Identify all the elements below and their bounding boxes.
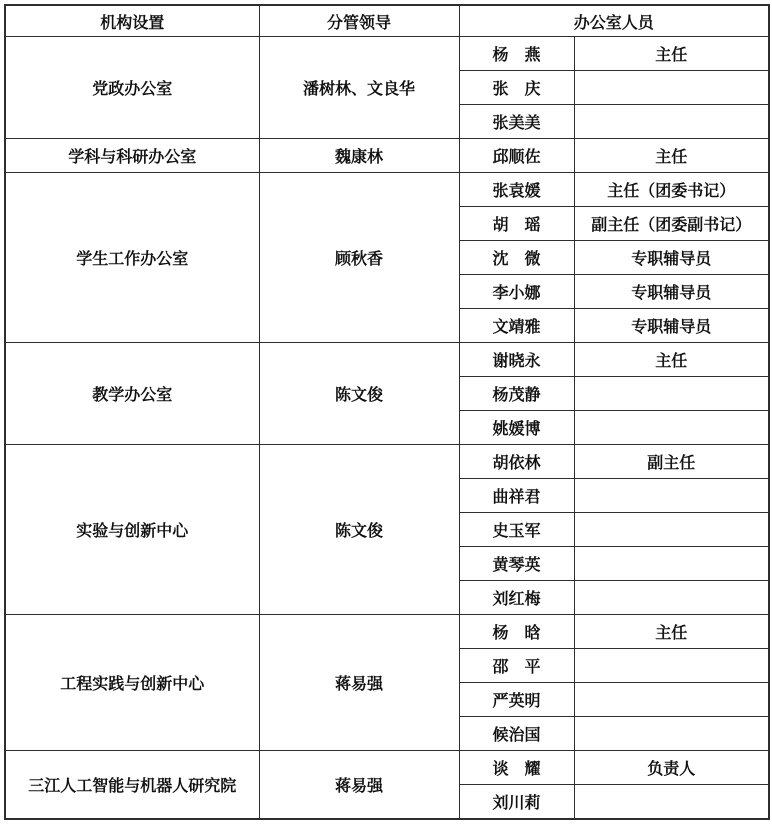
staff-title-cell <box>574 683 769 717</box>
leader-cell: 顾秋香 <box>259 173 459 343</box>
org-structure-table: 机构设置 分管领导 办公室人员 党政办公室潘树林、文良华杨 燕主任张 庆张美美学… <box>4 4 770 820</box>
staff-name-cell: 胡依林 <box>459 445 574 479</box>
staff-name-cell: 候治国 <box>459 717 574 751</box>
staff-name-cell: 李小娜 <box>459 275 574 309</box>
table-row: 工程实践与创新中心蒋易强杨 晗主任 <box>5 615 769 649</box>
staff-title-cell <box>574 411 769 445</box>
staff-title-cell: 主任（团委书记） <box>574 173 769 207</box>
staff-title-cell <box>574 479 769 513</box>
leader-cell: 蒋易强 <box>259 751 459 820</box>
table-row: 实验与创新中心陈文俊胡依林副主任 <box>5 445 769 479</box>
staff-name-cell: 张美美 <box>459 105 574 139</box>
staff-title-cell <box>574 717 769 751</box>
org-cell: 实验与创新中心 <box>5 445 259 615</box>
staff-name-cell: 姚媛博 <box>459 411 574 445</box>
staff-name-cell: 严英明 <box>459 683 574 717</box>
table-row: 学科与科研办公室魏康林邱顺佐主任 <box>5 139 769 173</box>
leader-cell: 魏康林 <box>259 139 459 173</box>
staff-title-cell <box>574 71 769 105</box>
staff-name-cell: 胡 瑶 <box>459 207 574 241</box>
table-row: 党政办公室潘树林、文良华杨 燕主任 <box>5 37 769 71</box>
staff-title-cell: 主任 <box>574 343 769 377</box>
org-cell: 学生工作办公室 <box>5 173 259 343</box>
staff-title-cell <box>574 513 769 547</box>
staff-name-cell: 张 庆 <box>459 71 574 105</box>
org-cell: 三江人工智能与机器人研究院 <box>5 751 259 820</box>
staff-title-cell: 主任 <box>574 615 769 649</box>
staff-name-cell: 杨 晗 <box>459 615 574 649</box>
table-row: 三江人工智能与机器人研究院蒋易强谈 耀负责人 <box>5 751 769 785</box>
staff-name-cell: 沈 微 <box>459 241 574 275</box>
org-cell: 党政办公室 <box>5 37 259 139</box>
staff-name-cell: 谈 耀 <box>459 751 574 785</box>
staff-name-cell: 杨茂静 <box>459 377 574 411</box>
staff-name-cell: 谢晓永 <box>459 343 574 377</box>
staff-title-cell <box>574 649 769 683</box>
staff-title-cell: 专职辅导员 <box>574 275 769 309</box>
table-row: 学生工作办公室顾秋香张袁媛主任（团委书记） <box>5 173 769 207</box>
staff-title-cell <box>574 547 769 581</box>
staff-title-cell: 主任 <box>574 37 769 71</box>
org-cell: 工程实践与创新中心 <box>5 615 259 751</box>
staff-name-cell: 文靖雅 <box>459 309 574 343</box>
staff-title-cell: 副主任 <box>574 445 769 479</box>
header-row: 机构设置 分管领导 办公室人员 <box>5 5 769 37</box>
staff-name-cell: 刘红梅 <box>459 581 574 615</box>
org-cell: 教学办公室 <box>5 343 259 445</box>
leader-cell: 陈文俊 <box>259 343 459 445</box>
staff-title-cell: 专职辅导员 <box>574 309 769 343</box>
table-body: 党政办公室潘树林、文良华杨 燕主任张 庆张美美学科与科研办公室魏康林邱顺佐主任学… <box>5 37 769 820</box>
staff-title-cell <box>574 581 769 615</box>
staff-name-cell: 刘川莉 <box>459 785 574 820</box>
staff-title-cell: 副主任（团委副书记） <box>574 207 769 241</box>
staff-title-cell: 专职辅导员 <box>574 241 769 275</box>
header-leader: 分管领导 <box>259 5 459 37</box>
staff-name-cell: 杨 燕 <box>459 37 574 71</box>
staff-name-cell: 张袁媛 <box>459 173 574 207</box>
leader-cell: 蒋易强 <box>259 615 459 751</box>
staff-title-cell: 负责人 <box>574 751 769 785</box>
staff-name-cell: 黄琴英 <box>459 547 574 581</box>
staff-name-cell: 邵 平 <box>459 649 574 683</box>
leader-cell: 陈文俊 <box>259 445 459 615</box>
staff-name-cell: 曲祥君 <box>459 479 574 513</box>
staff-title-cell <box>574 105 769 139</box>
table-header: 机构设置 分管领导 办公室人员 <box>5 5 769 37</box>
table-row: 教学办公室陈文俊谢晓永主任 <box>5 343 769 377</box>
staff-title-cell: 主任 <box>574 139 769 173</box>
staff-name-cell: 史玉军 <box>459 513 574 547</box>
header-org: 机构设置 <box>5 5 259 37</box>
staff-name-cell: 邱顺佐 <box>459 139 574 173</box>
staff-title-cell <box>574 785 769 820</box>
leader-cell: 潘树林、文良华 <box>259 37 459 139</box>
staff-title-cell <box>574 377 769 411</box>
header-staff: 办公室人员 <box>459 5 769 37</box>
document-page: 机构设置 分管领导 办公室人员 党政办公室潘树林、文良华杨 燕主任张 庆张美美学… <box>0 0 772 826</box>
org-cell: 学科与科研办公室 <box>5 139 259 173</box>
